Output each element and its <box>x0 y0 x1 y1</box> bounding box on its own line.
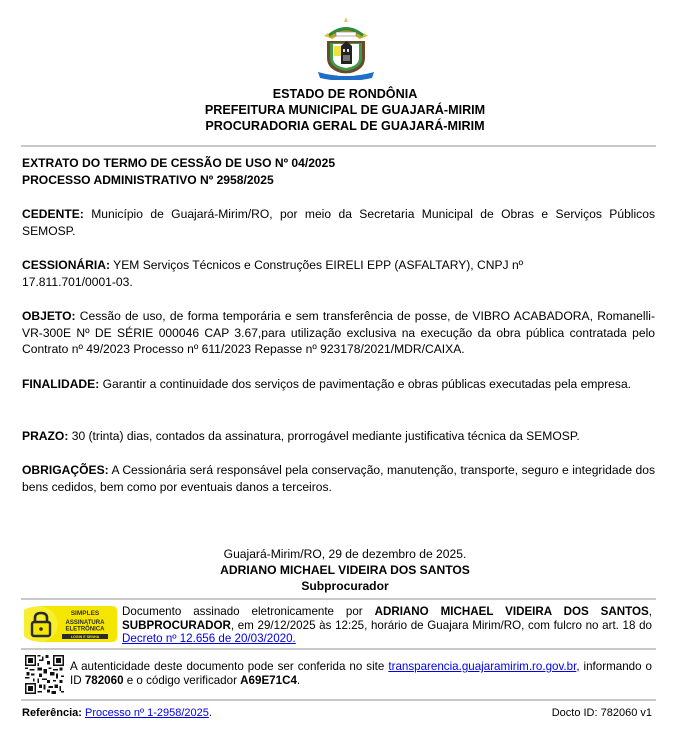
place-date: Guajará-Mirim/RO, 29 de dezembro de 2025… <box>0 546 690 562</box>
section-cessionaria: CESSIONÁRIA: YEM Serviços Técnicos e Con… <box>22 257 655 290</box>
electronic-signature-statement: Documento assinado eletronicamente por A… <box>122 605 652 646</box>
auth-prefix: A autenticidade deste documento pode ser… <box>70 660 388 673</box>
docto-id: Docto ID: 782060 v1 <box>552 705 652 721</box>
signer-name: ADRIANO MICHAEL VIDEIRA DOS SANTOS <box>0 562 690 578</box>
svg-text:ELETRÔNICA: ELETRÔNICA <box>66 625 106 633</box>
reference-label: Referência: <box>22 707 82 719</box>
esign-divider <box>21 648 656 650</box>
auth-end: . <box>297 674 300 687</box>
cessionaria-cnpj: 17.811.701/0001-03. <box>22 275 133 289</box>
cedente-text: Município de Guajará-Mirim/RO, por meio … <box>22 207 655 238</box>
footer: Referência: Processo nº 1-2958/2025. Doc… <box>22 705 652 721</box>
header-state: ESTADO DE RONDÔNIA <box>0 86 690 102</box>
section-finalidade: FINALIDADE: Garantir a continuidade dos … <box>22 376 655 393</box>
document-header: ESTADO DE RONDÔNIA PREFEITURA MUNICIPAL … <box>0 86 690 134</box>
svg-text:LOGIN E SENHA: LOGIN E SENHA <box>71 635 100 639</box>
cedente-label: CEDENTE: <box>22 207 84 221</box>
esign-sep: , <box>649 605 652 618</box>
header-divider <box>21 145 656 147</box>
esign-prefix: Documento assinado eletronicamente por <box>122 605 375 618</box>
objeto-label: OBJETO: <box>22 309 76 323</box>
section-objeto: OBJETO: Cessão de uso, de forma temporár… <box>22 308 655 358</box>
transparency-site-link[interactable]: transparencia.guajaramirim.ro.gov.br <box>388 660 576 673</box>
section-prazo: PRAZO: 30 (trinta) dias, contados da ass… <box>22 428 655 445</box>
obrigacoes-label: OBRIGAÇÕES: <box>22 463 109 477</box>
coat-of-arms-icon <box>314 16 378 80</box>
cessionaria-text: YEM Serviços Técnicos e Construções EIRE… <box>110 258 523 272</box>
signature-block: Guajará-Mirim/RO, 29 de dezembro de 2025… <box>0 546 690 595</box>
prazo-text: 30 (trinta) dias, contados da assinatura… <box>68 429 579 443</box>
header-attorney-office: PROCURADORIA GERAL DE GUAJARÁ-MIRIM <box>0 118 690 134</box>
title-line-1: EXTRATO DO TERMO DE CESSÃO DE USO Nº 04/… <box>22 155 655 172</box>
signer-role: Subprocurador <box>0 578 690 594</box>
esign-role: SUBPROCURADOR <box>122 619 231 632</box>
verification-code: A69E71C4 <box>240 674 297 687</box>
finalidade-text: Garantir a continuidade dos serviços de … <box>99 377 631 391</box>
document-id: 782060 <box>85 674 124 687</box>
svg-text:ASSINATURA: ASSINATURA <box>66 620 106 626</box>
electronic-signature-badge-icon: SIMPLES ASSINATURA ELETRÔNICA LOGIN E SE… <box>22 604 118 644</box>
decree-link[interactable]: Decreto nº 12.656 de 20/03/2020. <box>122 632 296 645</box>
objeto-text: Cessão de uso, de forma temporária e sem… <box>22 309 655 356</box>
authenticity-statement: A autenticidade deste documento pode ser… <box>70 660 652 688</box>
title-line-2: PROCESSO ADMINISTRATIVO Nº 2958/2025 <box>22 172 655 189</box>
signature-divider <box>21 598 656 600</box>
section-cedente: CEDENTE: Município de Guajará-Mirim/RO, … <box>22 206 655 239</box>
cessionaria-label: CESSIONÁRIA: <box>22 258 110 272</box>
section-obrigacoes: OBRIGAÇÕES: A Cessionária será responsáv… <box>22 462 655 495</box>
esign-middle: , em 29/12/2025 às 12:25, horário de Gua… <box>231 619 652 632</box>
process-link[interactable]: Processo nº 1-2958/2025 <box>85 707 209 719</box>
prazo-label: PRAZO: <box>22 429 68 443</box>
reference-end: . <box>209 707 212 719</box>
header-prefecture: PREFEITURA MUNICIPAL DE GUAJARÁ-MIRIM <box>0 102 690 118</box>
auth-mid2: e o código verificador <box>124 674 241 687</box>
document-page: ESTADO DE RONDÔNIA PREFEITURA MUNICIPAL … <box>0 0 690 753</box>
auth-divider <box>21 699 656 701</box>
obrigacoes-text: A Cessionária será responsável pela cons… <box>22 463 655 494</box>
document-title: EXTRATO DO TERMO DE CESSÃO DE USO Nº 04/… <box>22 155 655 188</box>
qr-code-icon[interactable] <box>25 655 64 694</box>
footer-reference: Referência: Processo nº 1-2958/2025. <box>22 705 212 721</box>
esign-signer: ADRIANO MICHAEL VIDEIRA DOS SANTOS <box>375 605 649 618</box>
svg-text:SIMPLES: SIMPLES <box>71 610 100 617</box>
finalidade-label: FINALIDADE: <box>22 377 99 391</box>
